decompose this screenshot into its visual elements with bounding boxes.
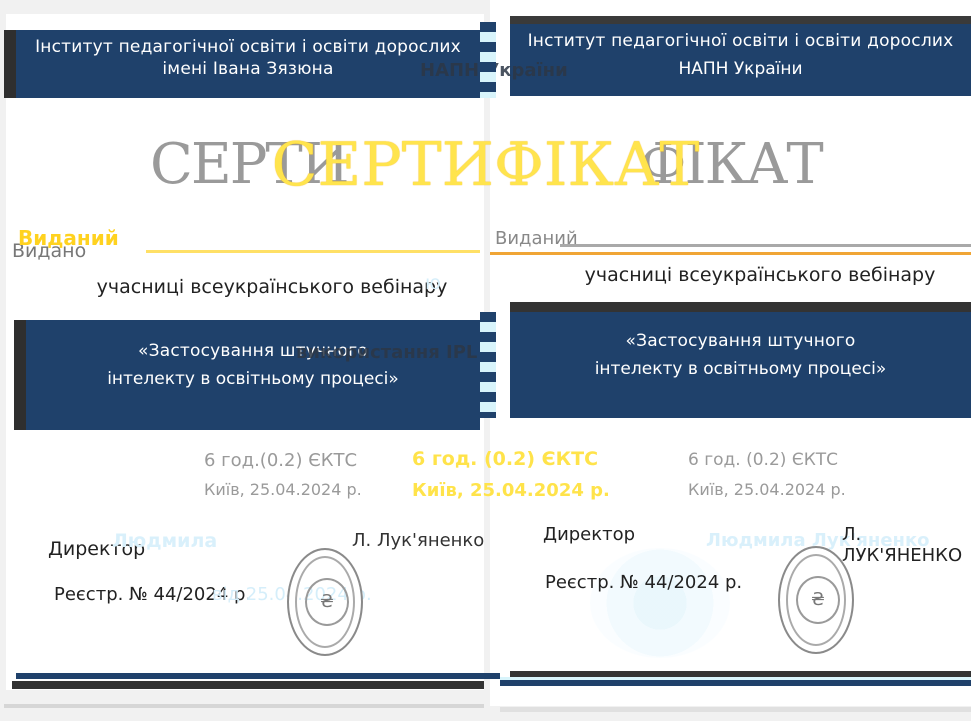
signature-faint-left: Людмила — [112, 530, 217, 552]
glitch-checker-mid — [480, 312, 496, 418]
institution-subname-right: НАПН України — [510, 58, 971, 80]
topic-line-2: інтелекту в освітньому процесі» — [26, 368, 480, 390]
date-ghost-left: Київ, 25.04.2024 р. — [204, 480, 362, 499]
issued-underline-right-orange — [490, 252, 971, 255]
topic-line-2-right: інтелекту в освітньому процесі» — [510, 358, 971, 380]
banner-edge — [4, 30, 16, 98]
header-banner-right: Інститут педагогічної освіти і освіти до… — [510, 24, 971, 96]
hours-ghost-right: 6 год. (0.2) ЄКТС — [688, 450, 838, 470]
topic-line-1-right: «Застосування штучного — [510, 330, 971, 352]
banner-cap — [510, 16, 971, 24]
topic-ghost: використання IPL — [296, 342, 477, 363]
recipient-description-left: учасниці всеукраїнського вебінару — [72, 276, 472, 298]
official-seal-right: ₴ — [778, 546, 854, 654]
issued-underline-left — [146, 250, 480, 253]
institution-name: Інститут педагогічної освіти і освіти до… — [16, 36, 480, 58]
banner-cap — [510, 302, 971, 312]
signatory-name-right: Л. ЛУК'ЯНЕНКО — [842, 524, 971, 566]
official-seal-left: ₴ — [287, 548, 363, 656]
page-shadow-right — [500, 707, 971, 712]
issued-underline-right-gray — [560, 244, 971, 247]
credit-hours: 6 год. (0.2) ЄКТС — [412, 448, 598, 470]
seal-emblem-icon: ₴ — [796, 576, 840, 624]
topic-banner-right: «Застосування штучного інтелекту в освіт… — [510, 312, 971, 418]
recipient-ghost: ю — [425, 272, 441, 294]
title-text: СЕРТИФІКАТ — [272, 130, 700, 200]
institution-subname: імені Івана Зязюна — [16, 58, 480, 80]
signatory-name-left: Л. Лук'яненко — [352, 530, 484, 551]
issued-label: Виданий — [18, 226, 119, 250]
place-and-date: Київ, 25.04.2024 р. — [412, 480, 610, 501]
seal-emblem-icon: ₴ — [305, 578, 349, 626]
institution-name-right: Інститут педагогічної освіти і освіти до… — [510, 30, 971, 52]
hours-ghost-left: 6 год.(0.2) ЄКТС — [204, 450, 357, 471]
registration-number-right: Реєстр. № 44/2024 р. — [545, 572, 742, 593]
signatory-title-right: Директор — [543, 524, 635, 545]
page-shadow-left — [4, 704, 484, 708]
banner-edge — [14, 320, 26, 430]
footer-bar-left-dark — [12, 681, 484, 689]
glitch-checker-top — [480, 22, 496, 98]
topic-banner-left: «Застосування штучного інтелекту в освіт… — [26, 320, 480, 430]
header-banner-left: Інститут педагогічної освіти і освіти до… — [16, 30, 480, 98]
certificate-title: СЕРТИ ФІКАТ СЕРТИФІКАТ — [0, 130, 971, 200]
faint-seal-watermark — [590, 548, 730, 658]
recipient-description-right: учасниці всеукраїнського вебінару — [560, 264, 960, 286]
date-ghost-right: Київ, 25.04.2024 р. — [688, 480, 846, 499]
footer-bar-right-blue — [500, 680, 971, 686]
footer-bar-left-blue — [16, 673, 500, 679]
